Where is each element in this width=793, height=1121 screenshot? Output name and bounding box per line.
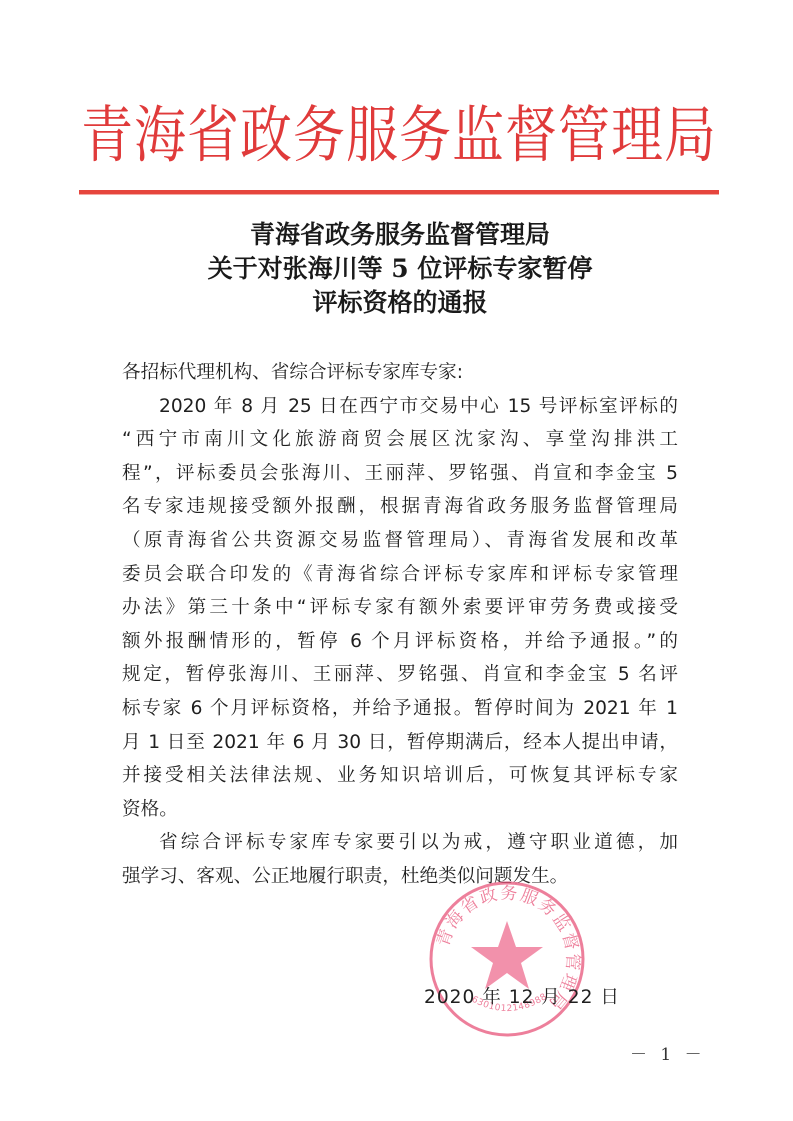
title-line: 评标资格的通报 <box>120 286 680 320</box>
paragraph-line: 月 1 日至 2021 年 6 月 30 日，暂停期满后，经本人提出申请， <box>122 726 678 760</box>
paragraph-line: 委员会联合印发的《青海省综合评标专家库和评标专家管理 <box>122 558 678 592</box>
paragraph-line: 办法》第三十条中“评标专家有额外索要评审劳务费或接受 <box>122 591 678 625</box>
paragraph-2: 省综合评标专家库专家要引以为戒，遵守职业道德，加 强学习、客观、公正地履行职责，… <box>122 826 678 893</box>
document-body: 各招标代理机构、省综合评标专家库专家: 2020 年 8 月 25 日在西宁市交… <box>122 356 678 894</box>
paragraph-line: 并接受相关法律法规、业务知识培训后，可恢复其评标专家 <box>122 759 678 793</box>
document-page: 青海省政务服务监督管理局 青海省政务服务监督管理局 关于对张海川等 5 位评标专… <box>0 0 793 1121</box>
masthead-red-rule <box>79 190 719 195</box>
paragraph-line: （原青海省公共资源交易监督管理局）、青海省发展和改革 <box>122 524 678 558</box>
paragraph-line: 名专家违规接受额外报酬，根据青海省政务服务监督管理局 <box>122 490 678 524</box>
paragraph-line: 标专家 6 个月评标资格，并给予通报。暂停时间为 2021 年 1 <box>122 692 678 726</box>
salutation: 各招标代理机构、省综合评标专家库专家: <box>122 356 678 390</box>
paragraph-line: 额外报酬情形的，暂停 6 个月评标资格，并给予通报。”的 <box>122 625 678 659</box>
paragraph-line: 程”，评标委员会张海川、王丽萍、罗铭强、肖宣和李金宝 5 <box>122 457 678 491</box>
paragraph-line: 资格。 <box>122 793 678 827</box>
official-seal: 青海省政务服务监督管理局 6301012148988 <box>427 879 587 1039</box>
document-title: 青海省政务服务监督管理局 关于对张海川等 5 位评标专家暂停 评标资格的通报 <box>120 218 680 320</box>
paragraph-line: “西宁市南川文化旅游商贸会展区沈家沟、享堂沟排洪工 <box>122 423 678 457</box>
title-line: 关于对张海川等 5 位评标专家暂停 <box>120 252 680 286</box>
masthead-org-name: 青海省政务服务监督管理局 <box>79 89 719 183</box>
star-icon <box>471 921 543 989</box>
title-line: 青海省政务服务监督管理局 <box>120 218 680 252</box>
paragraph-line: 规定，暂停张海川、王丽萍、罗铭强、肖宣和李金宝 5 名评 <box>122 658 678 692</box>
paragraph-line: 2020 年 8 月 25 日在西宁市交易中心 15 号评标室评标的 <box>122 390 678 424</box>
page-number: － 1 － <box>630 1040 706 1065</box>
issue-date: 2020 年 12 月 22 日 <box>424 983 620 1013</box>
paragraph-1: 2020 年 8 月 25 日在西宁市交易中心 15 号评标室评标的 “西宁市南… <box>122 390 678 827</box>
paragraph-line: 省综合评标专家库专家要引以为戒，遵守职业道德，加 <box>122 826 678 860</box>
paragraph-line: 强学习、客观、公正地履行职责，杜绝类似问题发生。 <box>122 860 678 894</box>
